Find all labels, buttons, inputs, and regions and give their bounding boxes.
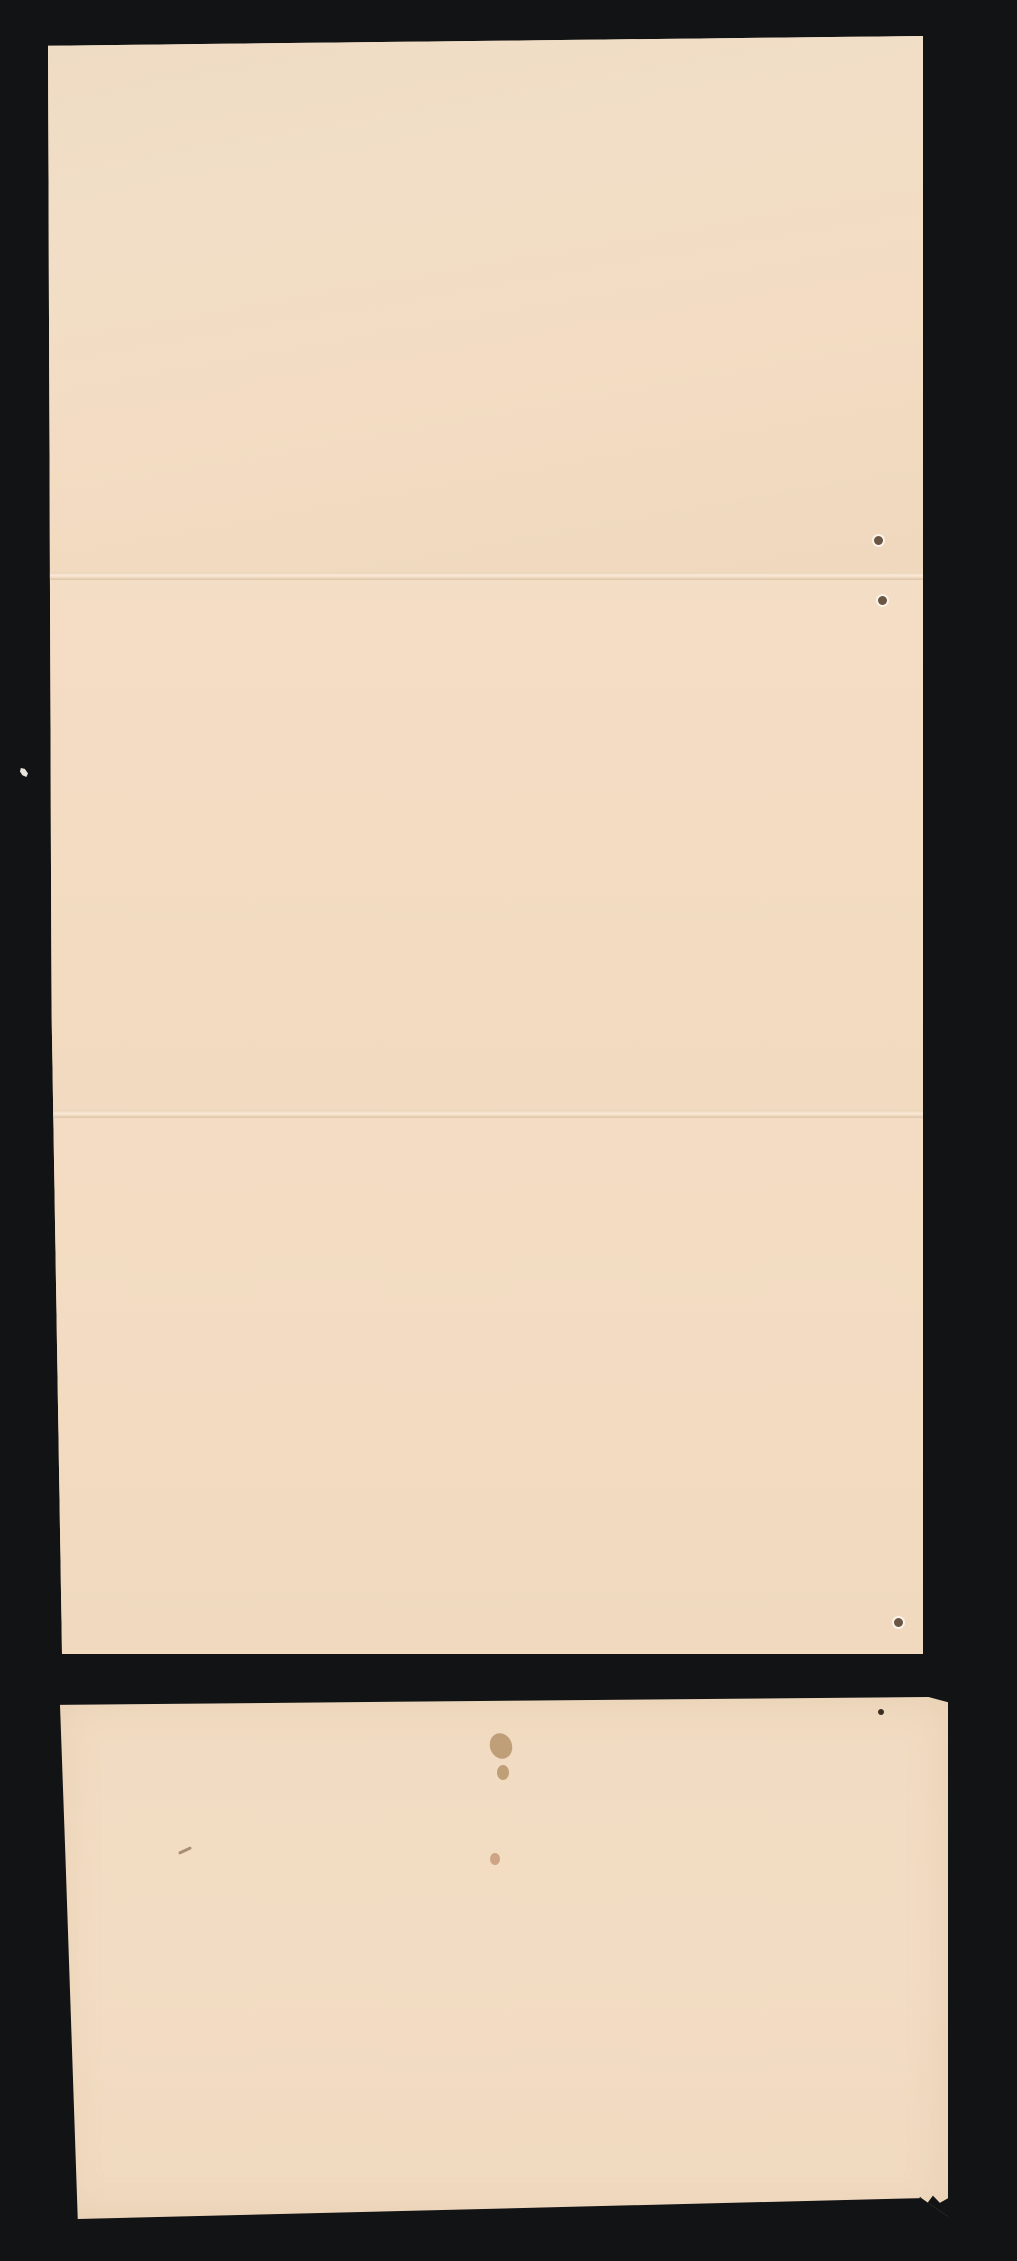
loose-sheet bbox=[60, 1697, 948, 2219]
sheet-panel-bottom bbox=[48, 1114, 923, 1654]
paper-stain bbox=[486, 1730, 516, 1762]
paper-stain bbox=[490, 1853, 500, 1865]
punch-hole bbox=[878, 1709, 884, 1715]
dust-speck bbox=[20, 768, 28, 777]
fold-crease bbox=[48, 1110, 923, 1118]
paper-stain bbox=[148, 2224, 178, 2261]
fold-crease bbox=[48, 572, 923, 580]
punch-hole bbox=[878, 596, 887, 605]
sheet-panel-top bbox=[48, 36, 923, 576]
paper-mark bbox=[178, 1846, 192, 1855]
punch-hole bbox=[874, 536, 883, 545]
folded-sheet-text bbox=[48, 36, 49, 37]
folded-sheet bbox=[48, 36, 923, 1654]
punch-hole bbox=[894, 1618, 903, 1627]
torn-corner bbox=[890, 2193, 948, 2219]
paper-stain bbox=[497, 1765, 509, 1780]
loose-sheet-text bbox=[60, 1697, 61, 1698]
sheet-panel-middle bbox=[48, 576, 923, 1114]
scan-background: { "document": { "description": "Scan of … bbox=[0, 0, 1017, 2261]
